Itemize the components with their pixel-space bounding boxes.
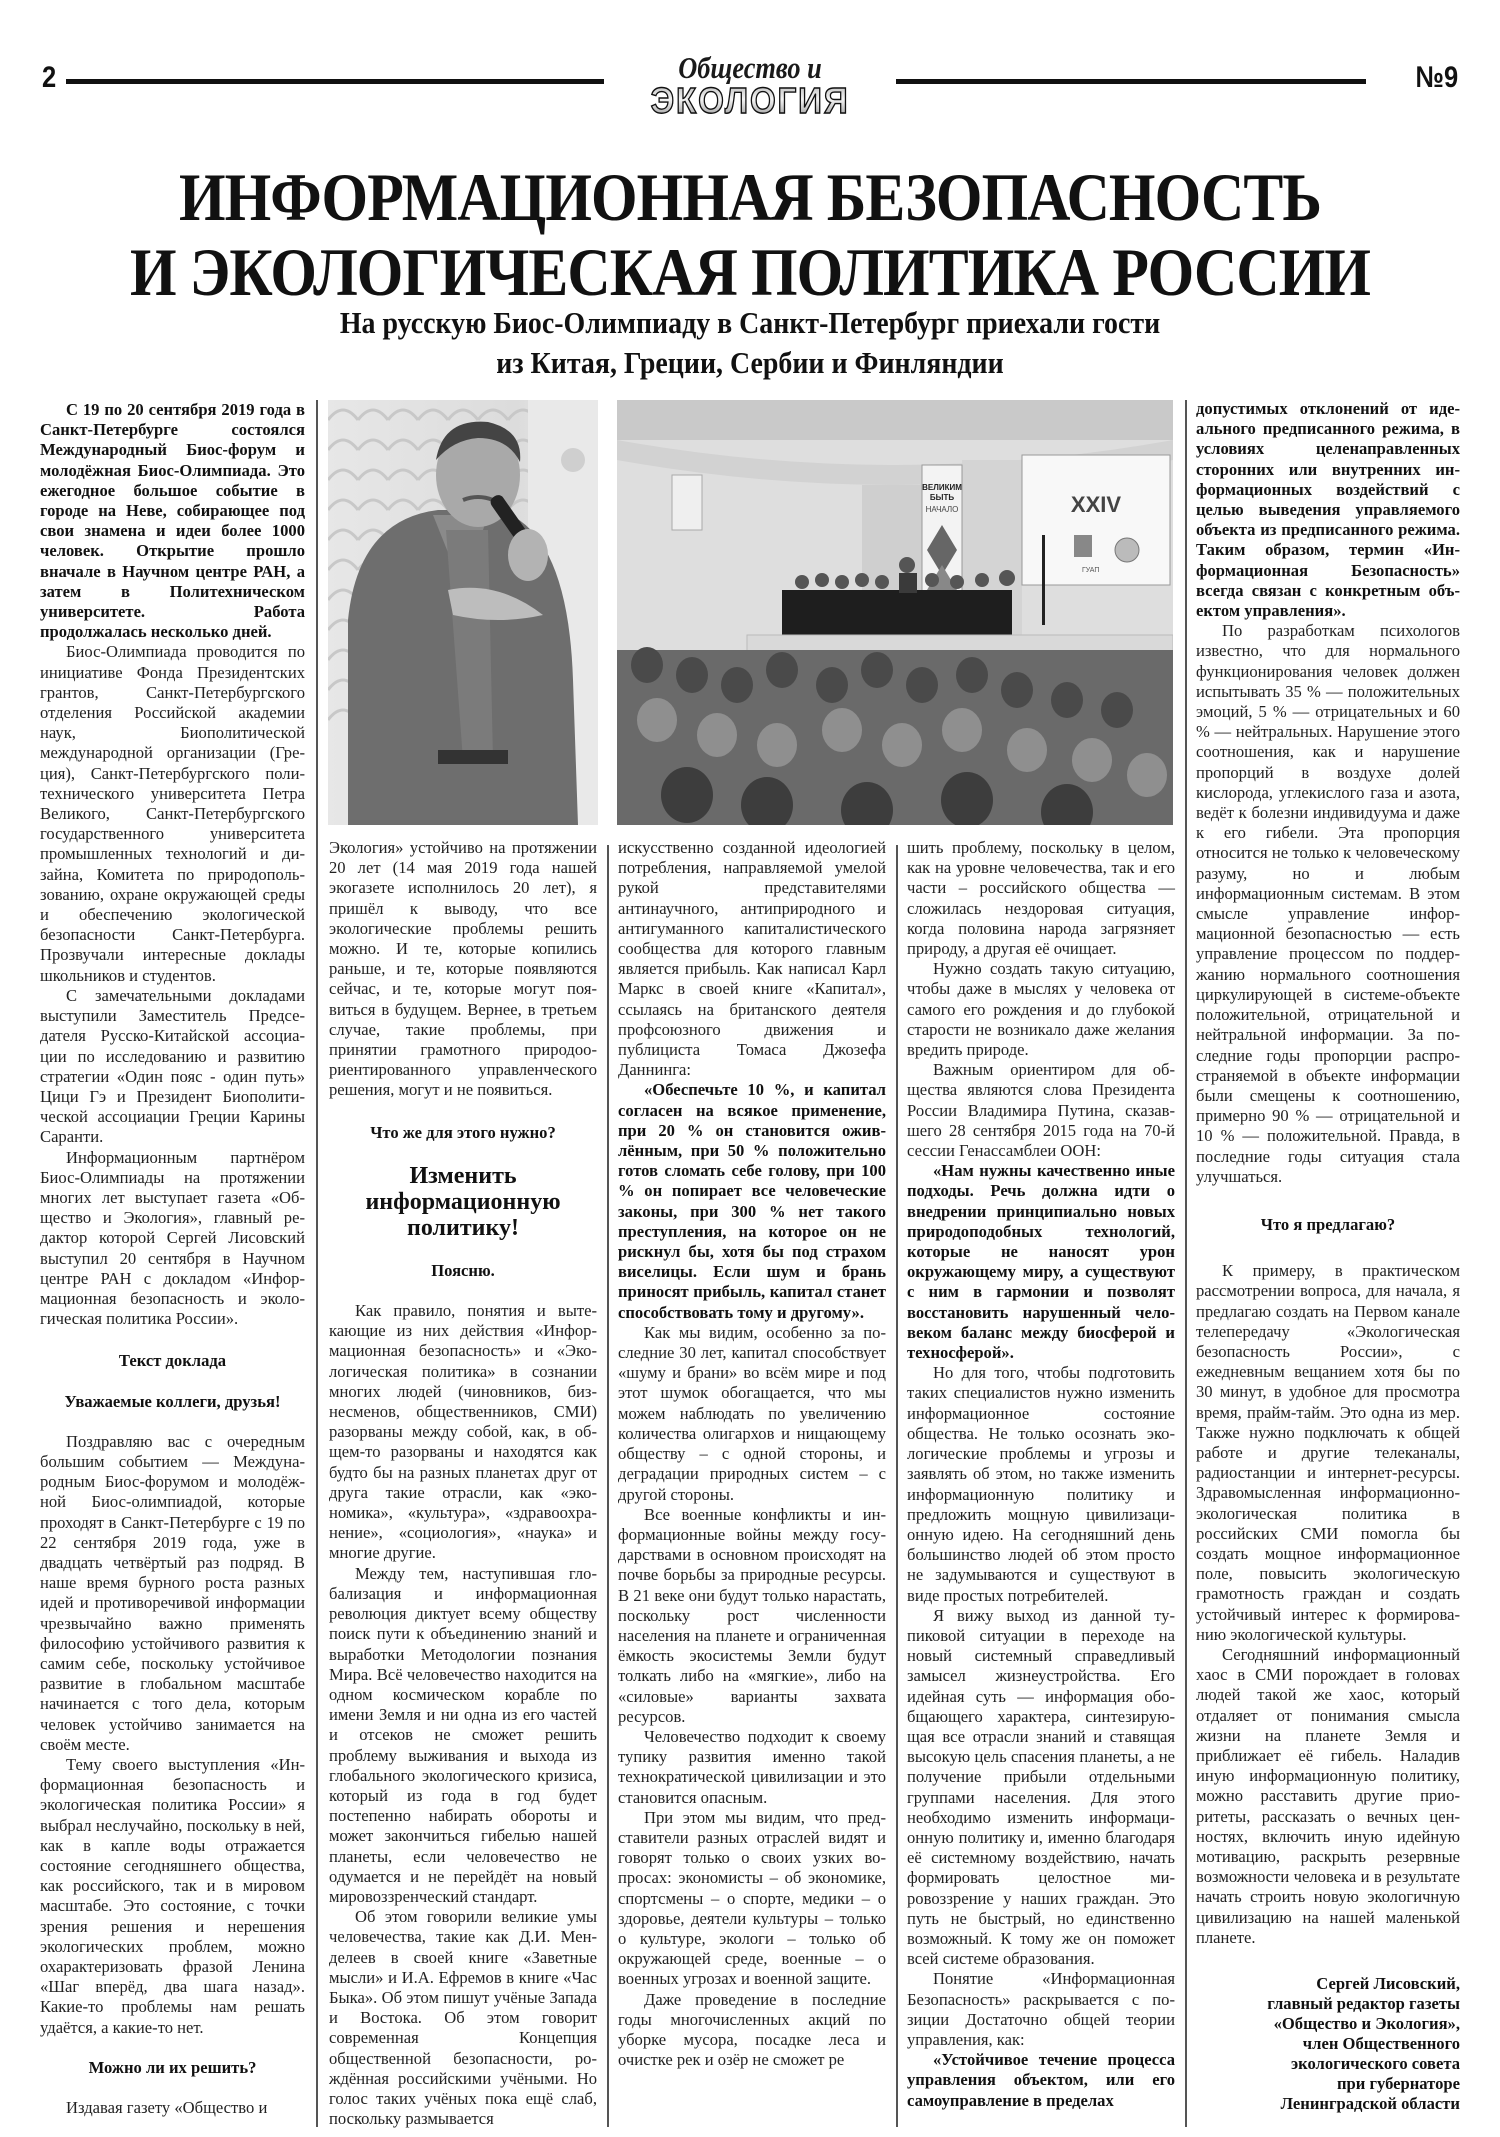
paragraph: Даже проведение в послед­ние годы многоч… <box>618 1990 886 2071</box>
section-heading-greeting: Уважаемые коллеги, друзья! <box>40 1392 305 1412</box>
column-divider-1 <box>316 400 318 2127</box>
section-heading-solve: Можно ли их решить? <box>40 2058 305 2078</box>
section-heading-propose: Что я предлагаю? <box>1196 1215 1460 1235</box>
column-divider-3 <box>896 845 898 2127</box>
author-title-3: член Общественного <box>1196 2034 1460 2054</box>
paragraph: Но для того, чтобы подготовить таких спе… <box>907 1363 1175 1605</box>
column-divider-2 <box>607 845 609 2127</box>
author-title-6: Ленинградской области <box>1196 2094 1460 2114</box>
author-title-5: при губернаторе <box>1196 2074 1460 2094</box>
definition-quote: «Устойчивое течение процес­са управления… <box>907 2050 1175 2111</box>
column-4: шить проблему, поскольку в целом, как на… <box>907 838 1175 2111</box>
page-number: 2 <box>42 61 56 95</box>
author-title-4: экологического совета <box>1196 2054 1460 2074</box>
conference-hall-photo: ВЕЛИКИМ БЫТЬ НАЧАЛО XXIV ГУАП <box>617 400 1173 825</box>
paragraph: Понятие «Информационная Безопасность» ра… <box>907 1969 1175 2050</box>
svg-text:БЫТЬ: БЫТЬ <box>930 493 954 502</box>
subheadline-line-2: из Китая, Греции, Сербии и Финляндии <box>75 343 1425 383</box>
paragraph: искусственно созданной идеоло­гией потре… <box>618 838 886 1080</box>
paragraph: Биос-Олимпиада проводит­ся по инициативе… <box>40 642 305 985</box>
putin-quote: «Нам нужны качественно иные подходы. Реч… <box>907 1161 1175 1363</box>
newspaper-logo: Общество и ЭКОЛОГИЯ <box>612 52 888 118</box>
logo-bottom-text: ЭКОЛОГИЯ <box>651 84 850 118</box>
section-heading-explain: Поясню. <box>329 1261 597 1281</box>
masthead-rule-left-ext <box>66 79 604 84</box>
paragraph: Я вижу выход из данной ту­пиковой ситуац… <box>907 1606 1175 1970</box>
author-name: Сергей Лисовский, <box>1196 1974 1460 1994</box>
paragraph: С замечательными докладами выступили Зам… <box>40 986 305 1148</box>
paragraph: Между тем, наступившая гло­бализация и и… <box>329 1564 597 1907</box>
paragraph: При этом мы видим, что пред­ставители ра… <box>618 1808 886 1990</box>
headline-line-1: ИНФОРМАЦИОННАЯ БЕЗОПАСНОСТЬ <box>90 160 1410 235</box>
paragraph: Все военные конфликты и ин­формационные … <box>618 1505 886 1727</box>
svg-text:ГУАП: ГУАП <box>1082 567 1099 574</box>
paragraph: Об этом говорили великие умы человечеств… <box>329 1907 597 2129</box>
section-heading-need: Что же для этого нужно? <box>329 1123 597 1143</box>
author-title-2: «Общество и Экология», <box>1196 2014 1460 2034</box>
article-lead: С 19 по 20 сентября 2019 года в Санкт-Пе… <box>40 400 305 642</box>
screen-text: XXIV <box>1071 492 1121 517</box>
column-2: Экология» устойчиво на протя­жении 20 ле… <box>329 838 597 2129</box>
paragraph: шить проблему, поскольку в целом, как на… <box>907 838 1175 959</box>
banner-text: ВЕЛИКИМ <box>922 483 962 492</box>
paragraph: Издавая газету «Общество и <box>40 2098 305 2118</box>
masthead: 2 Общество и ЭКОЛОГИЯ №9 <box>0 55 1500 115</box>
author-title-1: главный редактор газеты <box>1196 1994 1460 2014</box>
subheadline-line-1: На русскую Биос-Олимпиаду в Санкт-Петерб… <box>75 303 1425 343</box>
article-subheadline: На русскую Биос-Олимпиаду в Санкт-Петерб… <box>75 303 1425 383</box>
column-3: искусственно созданной идеоло­гией потре… <box>618 838 886 2070</box>
column-5: допустимых отклонений от иде­ального пре… <box>1196 399 1460 2114</box>
author-signature: Сергей Лисовский, главный редактор газет… <box>1196 1974 1460 2114</box>
svg-text:НАЧАЛО: НАЧАЛО <box>926 505 959 514</box>
issue-number: №9 <box>1415 61 1458 95</box>
section-heading-change-policy: Изменить информацион­ную политику! <box>339 1163 587 1241</box>
paragraph: Сегодняшний информаци­онный хаос в СМИ п… <box>1196 1645 1460 1948</box>
column-divider-4 <box>1185 400 1187 2127</box>
masthead-rule-right <box>896 79 1366 84</box>
headline-line-2: И ЭКОЛОГИЧЕСКАЯ ПОЛИТИКА РОССИИ <box>90 235 1410 310</box>
paragraph: Как правило, понятия и выте­кающие из ни… <box>329 1301 597 1564</box>
conference-hall-illustration: ВЕЛИКИМ БЫТЬ НАЧАЛО XXIV ГУАП <box>617 400 1173 825</box>
column-1: С 19 по 20 сентября 2019 года в Санкт-Пе… <box>40 400 305 2118</box>
article-headline: ИНФОРМАЦИОННАЯ БЕЗОПАСНОСТЬ И ЭКОЛОГИЧЕС… <box>0 160 1500 310</box>
paragraph: Важным ориентиром для об­щества являются… <box>907 1060 1175 1161</box>
section-heading-report: Текст доклада <box>40 1351 305 1371</box>
paragraph: По разработкам психологов известно, что … <box>1196 621 1460 1187</box>
paragraph: Нужно создать такую ситуа­цию, чтобы даж… <box>907 959 1175 1060</box>
definition-quote-continued: допустимых отклонений от иде­ального пре… <box>1196 399 1460 621</box>
paragraph: Как мы видим, особенно за по­следние 30 … <box>618 1323 886 1505</box>
paragraph: Информационным партнёром Биос-Олимпиады … <box>40 1148 305 1330</box>
paragraph: Человечество подходит к свое­му тупику р… <box>618 1727 886 1808</box>
paragraph: Экология» устойчиво на протя­жении 20 ле… <box>329 838 597 1101</box>
paragraph: Поздравляю вас с очередным большим событ… <box>40 1432 305 1755</box>
speaker-photo <box>328 400 598 825</box>
paragraph: Тему своего выступления «Ин­формационная… <box>40 1755 305 2038</box>
paragraph: К примеру, в практическом рассмотрении в… <box>1196 1261 1460 1645</box>
speaker-illustration <box>328 400 598 825</box>
marx-quote: «Обеспечьте 10 %, и капитал согласен на … <box>618 1080 886 1322</box>
